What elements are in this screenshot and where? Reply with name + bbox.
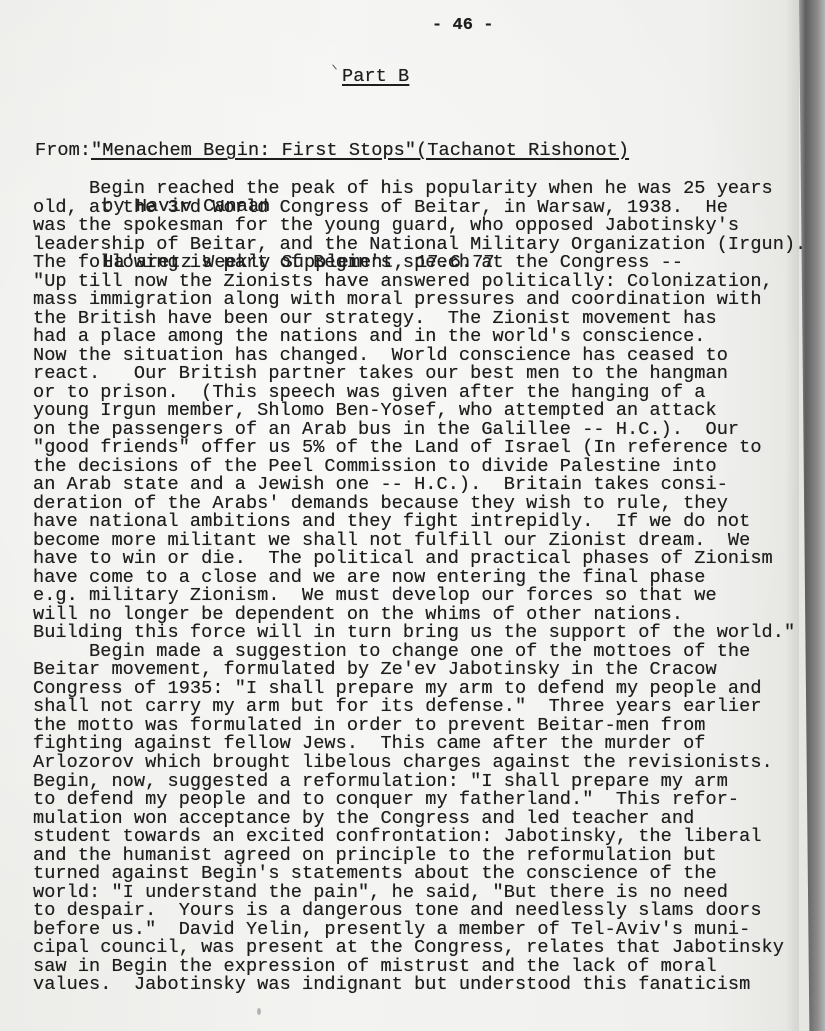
body-line: values. Jabotinsky was indignant but und… — [33, 976, 806, 995]
body-line: an Arab state and a Jewish one -- H.C.).… — [33, 476, 806, 495]
body-line: Begin reached the peak of his popularity… — [33, 180, 806, 199]
body-line: react. Our British partner takes our bes… — [33, 365, 806, 384]
body-line: mass immigration along with moral pressu… — [33, 291, 806, 310]
source-title-line: From:"Menachem Begin: First Stops"(Tacha… — [35, 142, 629, 161]
body-text: Begin reached the peak of his popularity… — [33, 180, 806, 995]
body-line: The following is part of Begin's speech … — [33, 254, 806, 273]
page-number: - 46 - — [432, 17, 494, 36]
body-line: was the spokesman for the young guard, w… — [33, 217, 806, 236]
body-line: to despair. Yours is a dangerous tone an… — [33, 902, 806, 921]
from-label: From: — [35, 140, 91, 161]
body-line: had a place among the nations and in the… — [33, 328, 806, 347]
body-line: turned against Begin's statements about … — [33, 865, 806, 884]
binding-edge-shade — [785, 0, 799, 1031]
body-line: cipal council, was present at the Congre… — [33, 939, 806, 958]
source-title-transliteration: (Tachanot Rishonot) — [416, 140, 629, 161]
scanned-page: - 46 - Part B From:"Menachem Begin: Firs… — [0, 0, 825, 1031]
stray-mark — [332, 64, 337, 69]
body-line: student towards an excited confrontation… — [33, 828, 806, 847]
body-line: Arlozorov which brought libelous charges… — [33, 754, 806, 773]
body-line: young Irgun member, Shlomo Ben-Yosef, wh… — [33, 402, 806, 421]
body-line: "good friends" offer us 5% of the Land o… — [33, 439, 806, 458]
source-title: "Menachem Begin: First Stops" — [91, 140, 416, 161]
body-line: to defend my people and to conquer my fa… — [33, 791, 806, 810]
paper-speck — [257, 1008, 261, 1015]
part-heading: Part B — [342, 68, 409, 87]
